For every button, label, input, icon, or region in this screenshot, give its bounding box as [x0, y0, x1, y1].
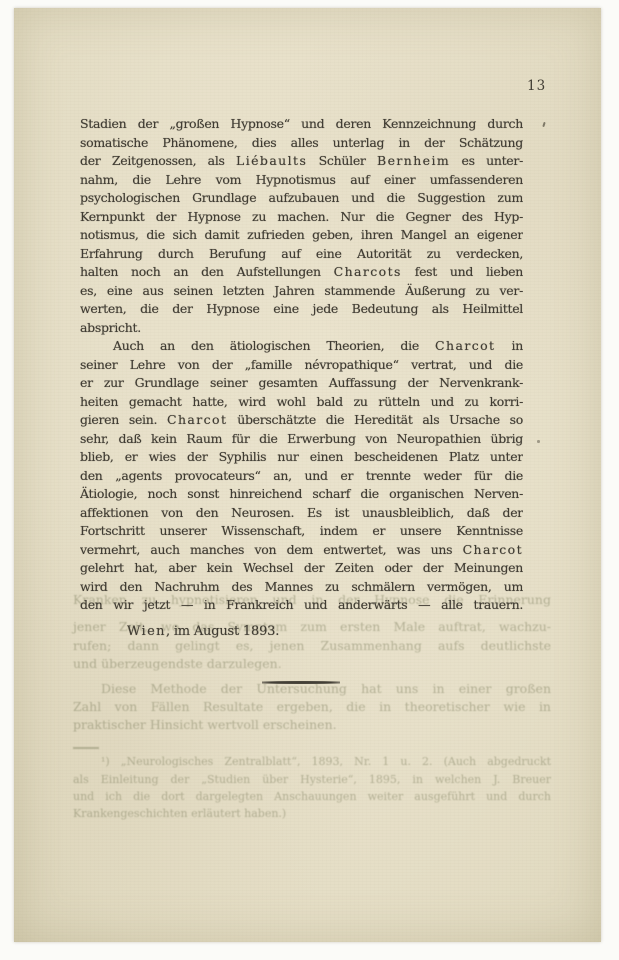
text-segment: in: [495, 338, 523, 353]
text-segment: Erfahrung durch Berufung auf eine Autori…: [80, 246, 523, 261]
text-line: sehr, daß kein Raum für die Erwerbung vo…: [80, 430, 523, 449]
bleedthrough-line: Krankengeschichten erläutert haben.): [73, 806, 551, 821]
ink-speck: [542, 122, 545, 127]
text-line: halten noch an den Aufstellungen Charcot…: [80, 263, 523, 282]
text-segment: überschätzte die Heredität als Ursache s…: [227, 412, 523, 427]
text-segment: fest und lieben: [402, 264, 523, 279]
text-segment: blieb, er wies der Syphilis nur einen be…: [80, 449, 523, 464]
text-segment: notismus, die sich damit zufrieden geben…: [80, 227, 523, 242]
text-segment: Ätiologie, noch sonst hinreichend scharf…: [80, 486, 523, 501]
text-segment: affektionen von den Neurosen. Es ist una…: [80, 505, 523, 520]
text-segment: sehr, daß kein Raum für die Erwerbung vo…: [80, 431, 523, 446]
text-line: nahm, die Lehre vom Hypnotismus auf eine…: [80, 171, 523, 190]
text-segment: seiner Lehre von der „famille névropathi…: [80, 357, 523, 372]
bleedthrough-line: und ich die dort dargelegten Anschauunge…: [73, 789, 551, 804]
text-line: wird den Nachruhm des Mannes zu schmäler…: [80, 578, 523, 597]
text-segment: Auch an den ätiologischen Theorien, die: [113, 338, 435, 353]
text-segment: es unter-: [450, 153, 523, 168]
text-segment: gelehrt hat, aber kein Wechsel der Zeite…: [80, 560, 523, 575]
text-line: der Zeitgenossen, als Liébaults Schüler …: [80, 152, 523, 171]
text-line: Auch an den ätiologischen Theorien, die …: [80, 337, 523, 356]
text-segment: abspricht.: [80, 320, 141, 335]
spaced-name: Charcots: [334, 264, 402, 279]
text-segment: es, eine aus seinen letzten Jahren stamm…: [80, 283, 523, 298]
text-segment: heiten gemacht hatte, wird wohl bald zu …: [80, 394, 523, 409]
text-line: Kernpunkt der Hypnose zu machen. Nur die…: [80, 208, 523, 227]
text-line: es, eine aus seinen letzten Jahren stamm…: [80, 282, 523, 301]
scan-background: { "page": { "number": "13", "body": { "p…: [0, 0, 619, 960]
text-segment: Kernpunkt der Hypnose zu machen. Nur die…: [80, 209, 523, 224]
text-segment: somatische Phänomene, dies alles unterla…: [80, 135, 523, 150]
text-segment: Stadien der „großen Hypnose“ und deren K…: [80, 116, 523, 131]
body-text: Stadien der „großen Hypnose“ und deren K…: [80, 115, 523, 641]
dateline: Wien, im August 1893.: [80, 622, 523, 641]
text-segment: den wir jetzt — in Frankreich und anderw…: [80, 597, 523, 612]
text-segment: Schüler: [307, 153, 377, 168]
text-segment: er zur Grundlage seiner gesamten Auffass…: [80, 375, 523, 390]
spaced-name: Charcot: [463, 542, 523, 557]
bleedthrough-footnote-dash: [73, 747, 99, 749]
bleedthrough-line: Zahl von Fällen Resultate ergeben, die i…: [73, 698, 551, 715]
spaced-name: Bernheim: [377, 153, 450, 168]
text-line: den „agents provocateurs“ an, und er tre…: [80, 467, 523, 486]
text-segment: werten, die der Hypnose eine jede Bedeut…: [80, 301, 523, 316]
spaced-name: Charcot: [167, 412, 227, 427]
text-line: gelehrt hat, aber kein Wechsel der Zeite…: [80, 559, 523, 578]
text-segment: der Zeitgenossen, als: [80, 153, 236, 168]
text-line: Fortschritt unserer Wissenschaft, indem …: [80, 522, 523, 541]
section-end-rule: [262, 681, 340, 684]
text-line: seiner Lehre von der „famille névropathi…: [80, 356, 523, 375]
text-segment: den „agents provocateurs“ an, und er tre…: [80, 468, 523, 483]
text-line: abspricht.: [80, 319, 523, 338]
text-line: Stadien der „großen Hypnose“ und deren K…: [80, 115, 523, 134]
text-segment: gieren sein.: [80, 412, 167, 427]
bleedthrough-line: und überzeugendste darzulegen.: [73, 655, 551, 672]
text-line: werten, die der Hypnose eine jede Bedeut…: [80, 300, 523, 319]
text-line: psychologischen Grundlage aufzubauen und…: [80, 189, 523, 208]
text-segment: psychologischen Grundlage aufzubauen und…: [80, 190, 523, 205]
text-segment: Fortschritt unserer Wissenschaft, indem …: [80, 523, 523, 538]
spaced-name: Wien: [127, 624, 166, 639]
text-line: er zur Grundlage seiner gesamten Auffass…: [80, 374, 523, 393]
text-line: heiten gemacht hatte, wird wohl bald zu …: [80, 393, 523, 412]
text-line: somatische Phänomene, dies alles unterla…: [80, 134, 523, 153]
bleedthrough-line: als Einleitung der „Studien über Hysteri…: [73, 772, 551, 787]
spaced-name: Liébaults: [236, 153, 307, 168]
spaced-name: Charcot: [435, 338, 495, 353]
text-line: den wir jetzt — in Frankreich und anderw…: [80, 596, 523, 615]
ink-speck: [537, 440, 540, 443]
text-segment: , im August 1893.: [166, 624, 279, 639]
paragraph: Stadien der „großen Hypnose“ und deren K…: [80, 115, 523, 337]
text-line: affektionen von den Neurosen. Es ist una…: [80, 504, 523, 523]
bleedthrough-line: ¹) „Neurologisches Zentralblatt“, 1893, …: [73, 754, 551, 769]
text-line: vermehrt, auch manches von dem entwertet…: [80, 541, 523, 560]
text-segment: wird den Nachruhm des Mannes zu schmäler…: [80, 579, 523, 594]
text-segment: halten noch an den Aufstellungen: [80, 264, 334, 279]
text-line: blieb, er wies der Syphilis nur einen be…: [80, 448, 523, 467]
text-line: notismus, die sich damit zufrieden geben…: [80, 226, 523, 245]
text-line: Erfahrung durch Berufung auf eine Autori…: [80, 245, 523, 264]
bleedthrough-line: praktischer Hinsicht wertvoll erscheinen…: [73, 716, 551, 733]
text-line: Ätiologie, noch sonst hinreichend scharf…: [80, 485, 523, 504]
book-page-scan: 13 Kranken zu hypnotisieren und in der H…: [14, 8, 601, 942]
text-line: gieren sein. Charcot überschätzte die He…: [80, 411, 523, 430]
text-segment: nahm, die Lehre vom Hypnotismus auf eine…: [80, 172, 523, 187]
page-number: 13: [527, 78, 546, 94]
text-segment: vermehrt, auch manches von dem entwertet…: [80, 542, 463, 557]
paragraph: Auch an den ätiologischen Theorien, die …: [80, 337, 523, 615]
